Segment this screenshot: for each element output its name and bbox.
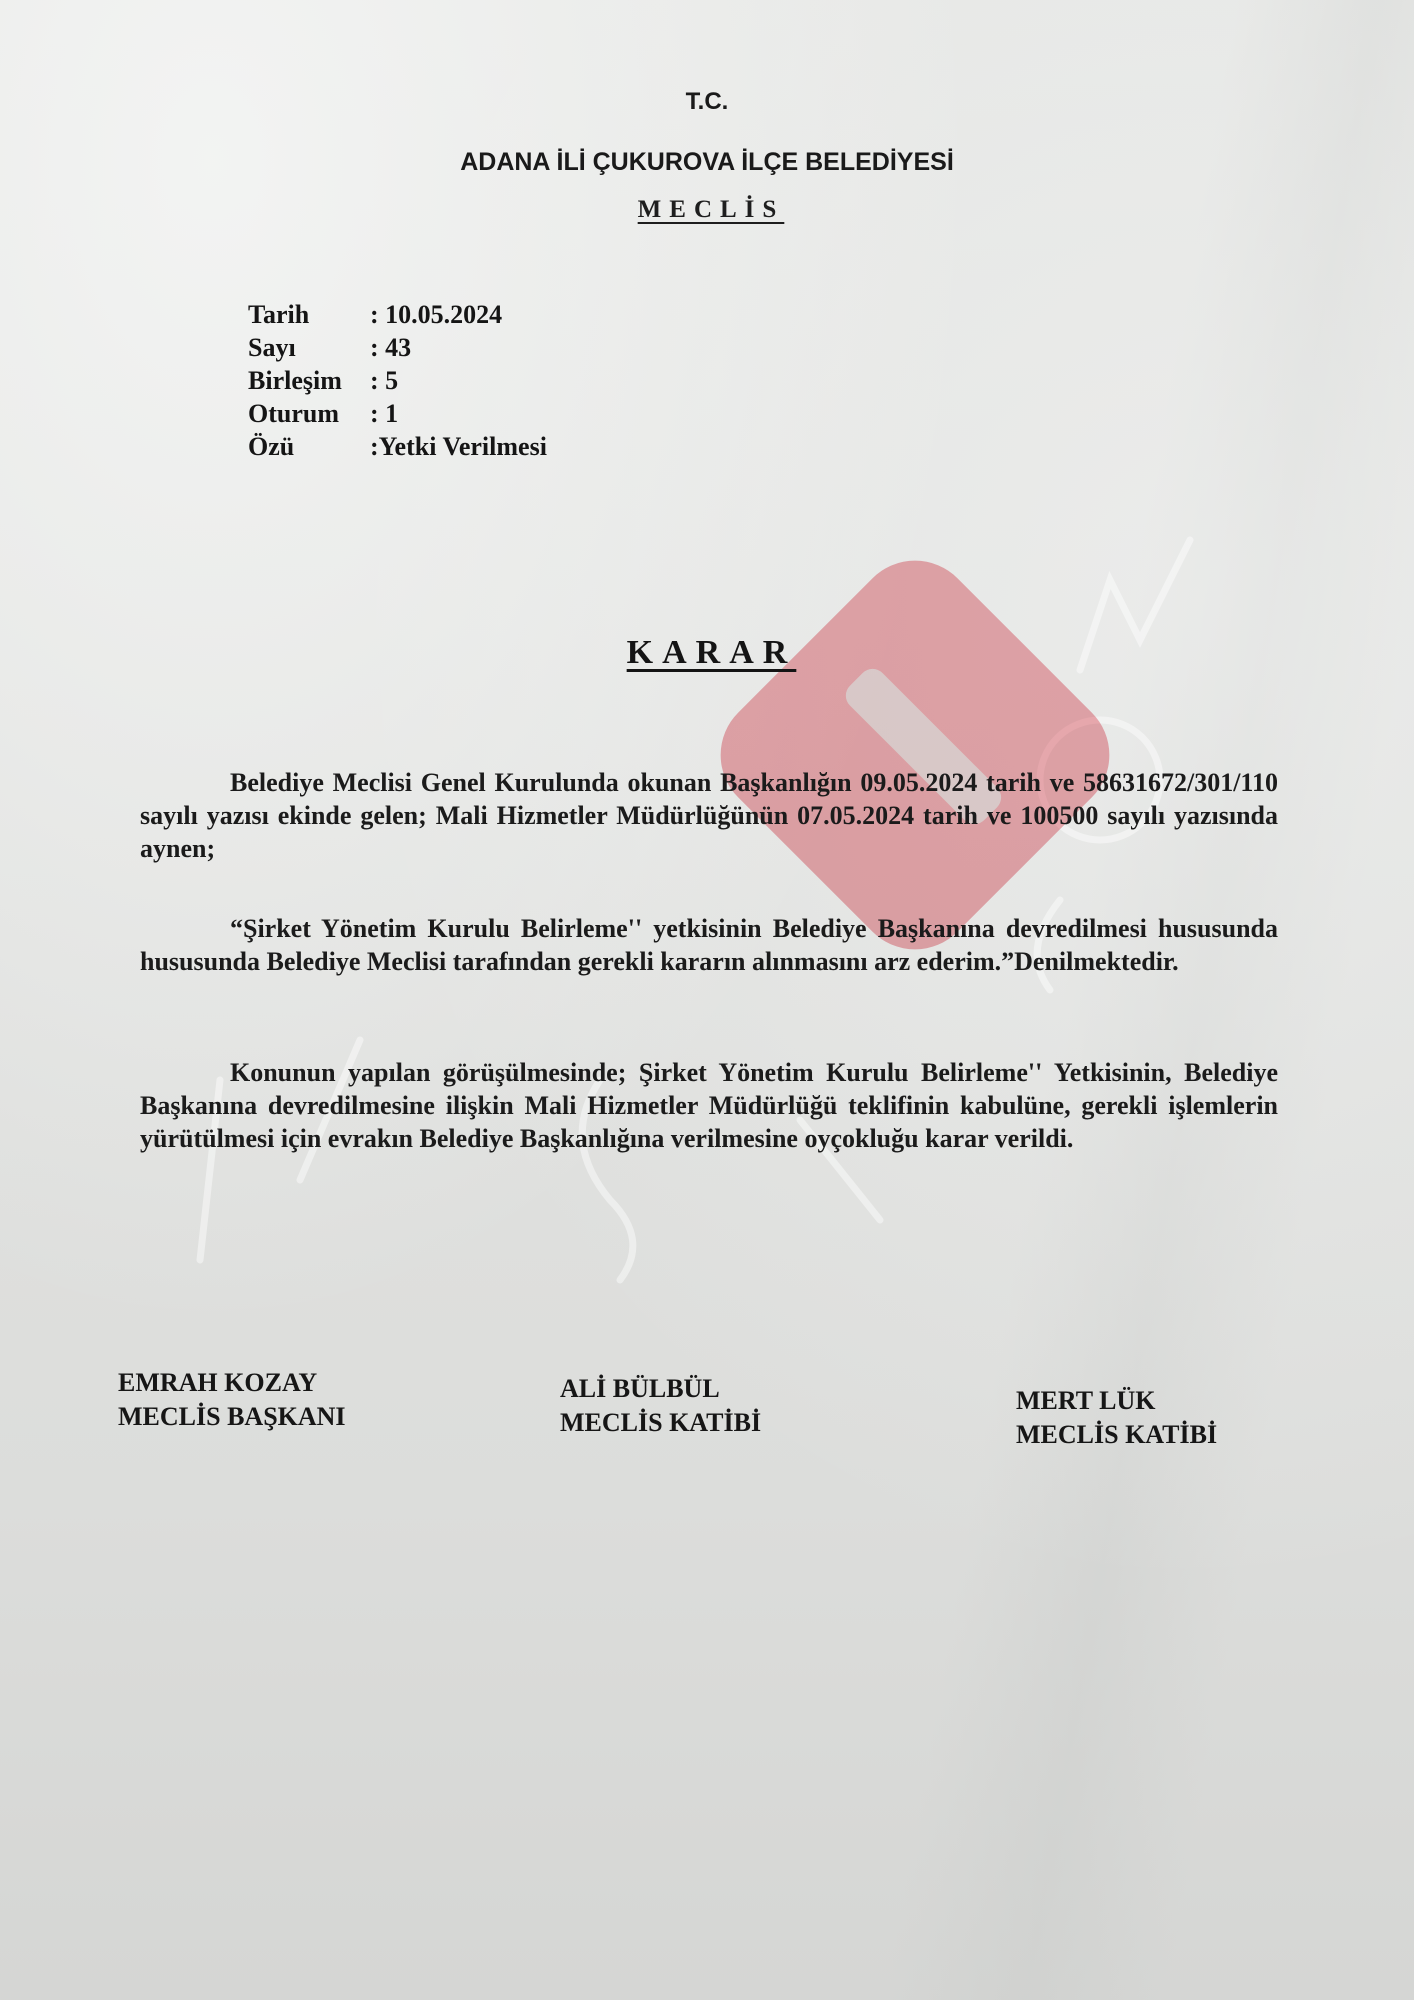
signatory-name: ALİ BÜLBÜL: [560, 1372, 761, 1406]
decision-title-text: KARAR: [618, 634, 797, 671]
meta-value: : 5: [366, 364, 398, 397]
decision-title: KARAR: [0, 634, 1414, 672]
metadata-block: Tarih : 10.05.2024 Sayı : 43 Birleşim : …: [248, 298, 547, 463]
meta-row-date: Tarih : 10.05.2024: [248, 298, 547, 331]
meta-value: : 1: [366, 397, 398, 430]
signatory-name: EMRAH KOZAY: [118, 1366, 346, 1400]
institution-heading: ADANA İLİ ÇUKUROVA İLÇE BELEDİYESİ: [0, 148, 1414, 177]
meta-value: : 10.05.2024: [366, 298, 502, 331]
signatory-role: MECLİS BAŞKANI: [118, 1400, 346, 1434]
signature-council-president: EMRAH KOZAY MECLİS BAŞKANI: [118, 1366, 346, 1434]
meta-row-number: Sayı : 43: [248, 331, 547, 364]
decision-document: T.C. ADANA İLİ ÇUKUROVA İLÇE BELEDİYESİ …: [0, 0, 1414, 2000]
country-heading: T.C.: [0, 88, 1414, 116]
signatory-role: MECLİS KATİBİ: [560, 1406, 761, 1440]
meta-label: Tarih: [248, 298, 366, 331]
meta-label: Birleşim: [248, 364, 366, 397]
meta-row-subject: Özü :Yetki Verilmesi: [248, 430, 547, 463]
meta-label: Sayı: [248, 331, 366, 364]
signature-council-clerk-2: MERT LÜK MECLİS KATİBİ: [1016, 1384, 1217, 1452]
department-title: MECLİS: [630, 196, 785, 223]
meta-row-session: Birleşim : 5: [248, 364, 547, 397]
paragraph-intro: Belediye Meclisi Genel Kurulunda okunan …: [140, 766, 1278, 865]
signatory-name: MERT LÜK: [1016, 1384, 1217, 1418]
department-heading: MECLİS: [0, 196, 1414, 224]
meta-row-sitting: Oturum : 1: [248, 397, 547, 430]
meta-value: :Yetki Verilmesi: [366, 430, 547, 463]
signatory-role: MECLİS KATİBİ: [1016, 1418, 1217, 1452]
paragraph-quote: “Şirket Yönetim Kurulu Belirleme'' yetki…: [140, 912, 1278, 978]
meta-label: Oturum: [248, 397, 366, 430]
meta-value: : 43: [366, 331, 411, 364]
paragraph-decision: Konunun yapılan görüşülmesinde; Şirket Y…: [140, 1056, 1278, 1155]
signature-council-clerk-1: ALİ BÜLBÜL MECLİS KATİBİ: [560, 1372, 761, 1440]
meta-label: Özü: [248, 430, 366, 463]
